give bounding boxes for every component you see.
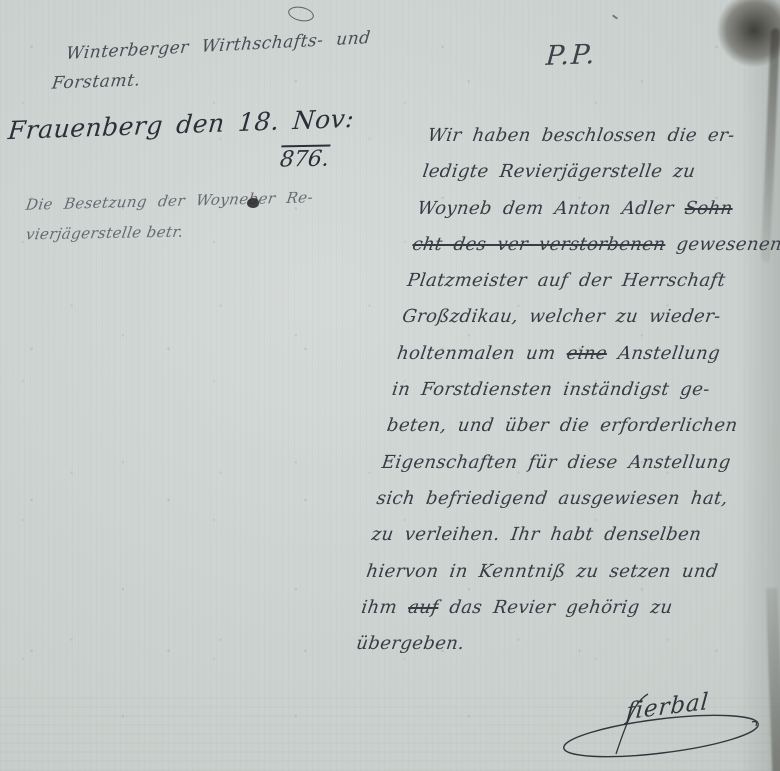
manuscript-line: ihm auf das Revier gehörig zu (359, 590, 736, 626)
manuscript-text: hiervon in Kenntniß zu setzen und (365, 561, 719, 582)
manuscript-line: hiervon in Kenntniß zu setzen und (364, 554, 741, 590)
manuscript-text: Eigenschaften für diese Anstellung (380, 452, 732, 473)
body-text: Wir haben beschlossen die er-ledigte Rev… (354, 118, 780, 662)
manuscript-line: Wir haben beschlossen die er- (425, 118, 780, 154)
manuscript-text: Platzmeister auf der Herrschaft (406, 270, 727, 291)
manuscript-line: Eigenschaften für diese Anstellung (379, 445, 756, 481)
dateline-year: 876. (279, 147, 331, 173)
salutation-pp: P.P. (545, 39, 598, 72)
pen-flourish-oval (287, 4, 315, 23)
pen-tick-mark (612, 14, 618, 19)
manuscript-line: Großzdikau, welcher zu wieder- (400, 299, 777, 335)
manuscript-line: sich befriedigend ausgewiesen hat, (374, 481, 751, 517)
subject-note-line1: Die Besetzung der Woyneber Re- (25, 188, 315, 214)
manuscript-line: übergeben. (354, 626, 731, 662)
manuscript-text: holtenmalen um (396, 343, 569, 364)
manuscript-line: cht des ver verstorbenen gewesenen (410, 227, 780, 263)
manuscript-line: holtenmalen um eine Anstellung (395, 336, 772, 372)
manuscript-line: Platzmeister auf der Herrschaft (405, 263, 780, 299)
manuscript-text: übergeben. (355, 633, 466, 654)
manuscript-text: ledigte Revierjägerstelle zu (421, 161, 697, 182)
struck-text: cht des ver verstorbenen (411, 234, 667, 255)
manuscript-line: in Forstdiensten inständigst ge- (389, 372, 766, 408)
manuscript-text: ihm (360, 597, 410, 618)
manuscript-line: beten, und über die erforderlichen (384, 408, 761, 444)
office-name-line2: Forstamt. (51, 70, 142, 93)
manuscript-page: Winterberger Wirthschafts- und Forstamt.… (0, 0, 780, 771)
struck-text: auf (407, 597, 440, 618)
bottom-paper-texture (0, 691, 780, 771)
subject-note-line2: vierjägerstelle betr. (25, 223, 185, 244)
ink-blot (247, 198, 259, 208)
top-right-corner-shadow (693, 0, 780, 91)
office-name-line1: Winterberger Wirthschafts- und (65, 28, 371, 64)
dateline-place-date: Frauenberg den 18. Nov: (7, 104, 356, 145)
manuscript-text: Anstellung (606, 343, 722, 364)
manuscript-text: das Revier gehörig zu (437, 597, 674, 618)
manuscript-text: in Forstdiensten inständigst ge- (391, 379, 712, 400)
manuscript-line: zu verleihen. Ihr habt denselben (369, 517, 746, 553)
manuscript-text: beten, und über die erforderlichen (386, 415, 739, 436)
manuscript-text: Großzdikau, welcher zu wieder- (401, 306, 722, 327)
manuscript-line: Woyneb dem Anton Adler Sohn (415, 191, 780, 227)
struck-text: Sohn (683, 198, 734, 219)
manuscript-line: ledigte Revierjägerstelle zu (420, 154, 780, 190)
manuscript-text: sich befriedigend ausgewiesen hat, (375, 488, 729, 509)
struck-text: eine (565, 343, 608, 364)
manuscript-text: Wir haben beschlossen die er- (426, 125, 736, 146)
manuscript-text: Woyneb dem Anton Adler (416, 198, 686, 219)
manuscript-text: zu verleihen. Ihr habt denselben (370, 524, 702, 545)
